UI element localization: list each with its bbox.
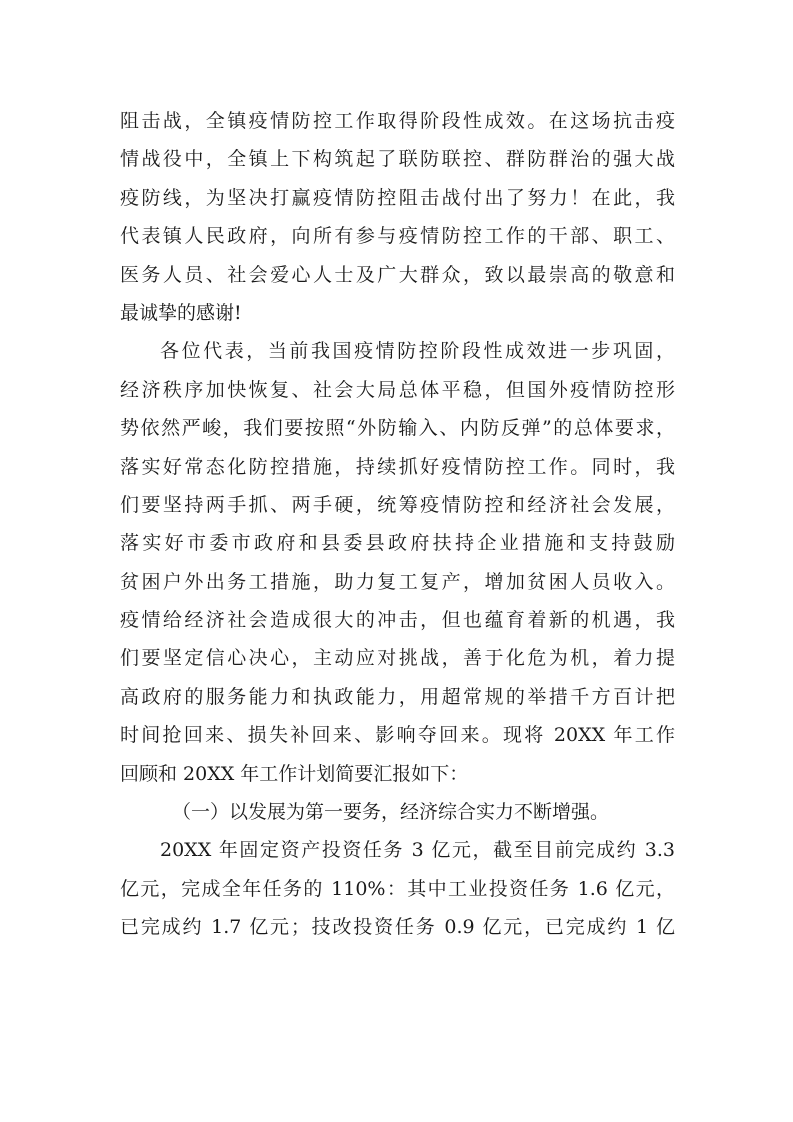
paragraph-investment: 20XX 年固定资产投资任务 3 亿元，截至目前完成约 3.3 亿元，完成全年任… <box>120 831 675 946</box>
text-line: 亿元，完成全年任务的 110%：其中工业投资任务 1.6 亿元， <box>120 870 675 908</box>
paragraph-situation: 各位代表，当前我国疫情防控阶段性成效进一步巩固， 经济秩序加快恢复、社会大局总体… <box>120 332 675 793</box>
text-line: 阻击战，全镇疫情防控工作取得阶段性成效。在这场抗击疫 <box>120 102 675 140</box>
text-line: 经济秩序加快恢复、社会大局总体平稳，但国外疫情防控形 <box>120 371 675 409</box>
text-line: 们要坚持两手抓、两手硬，统筹疫情防控和经济社会发展， <box>120 486 675 524</box>
text-line: 医务人员、社会爱心人士及广大群众，致以最崇高的敬意和 <box>120 256 675 294</box>
text-line: 落实好常态化防控措施，持续抓好疫情防控工作。同时，我 <box>120 448 675 486</box>
document-page: 阻击战，全镇疫情防控工作取得阶段性成效。在这场抗击疫 情战役中，全镇上下构筑起了… <box>0 0 793 1122</box>
text-line: 贫困户外出务工措施，助力复工复产，增加贫困人员收入。 <box>120 563 675 601</box>
text-line: 们要坚定信心决心，主动应对挑战，善于化危为机，着力提 <box>120 639 675 677</box>
document-body: 阻击战，全镇疫情防控工作取得阶段性成效。在这场抗击疫 情战役中，全镇上下构筑起了… <box>120 102 675 947</box>
text-line: 最诚挚的感谢! <box>120 294 675 332</box>
text-line: 高政府的服务能力和执政能力，用超常规的举措千方百计把 <box>120 678 675 716</box>
text-line: 已完成约 1.7 亿元；技改投资任务 0.9 亿元，已完成约 1 亿 <box>120 908 675 946</box>
text-line: 各位代表，当前我国疫情防控阶段性成效进一步巩固， <box>120 332 675 370</box>
section-heading: （一）以发展为第一要务，经济综合实力不断增强。 <box>120 793 675 831</box>
text-line: 时间抢回来、损失补回来、影响夺回来。现将 20XX 年工作 <box>120 716 675 754</box>
paragraph-gratitude: 阻击战，全镇疫情防控工作取得阶段性成效。在这场抗击疫 情战役中，全镇上下构筑起了… <box>120 102 675 332</box>
text-line: 落实好市委市政府和县委县政府扶持企业措施和支持鼓励 <box>120 524 675 562</box>
text-line: 疫情给经济社会造成很大的冲击，但也蕴育着新的机遇，我 <box>120 601 675 639</box>
text-line: 情战役中，全镇上下构筑起了联防联控、群防群治的强大战 <box>120 140 675 178</box>
text-line: 势依然严峻，我们要按照“外防输入、内防反弹”的总体要求， <box>120 409 675 447</box>
text-line: 疫防线，为坚决打赢疫情防控阻击战付出了努力！在此，我 <box>120 179 675 217</box>
text-line: 代表镇人民政府，向所有参与疫情防控工作的干部、职工、 <box>120 217 675 255</box>
heading-text: （一）以发展为第一要务，经济综合实力不断增强。 <box>120 793 675 831</box>
text-line: 20XX 年固定资产投资任务 3 亿元，截至目前完成约 3.3 <box>120 831 675 869</box>
text-line: 回顾和 20XX 年工作计划简要汇报如下： <box>120 755 675 793</box>
